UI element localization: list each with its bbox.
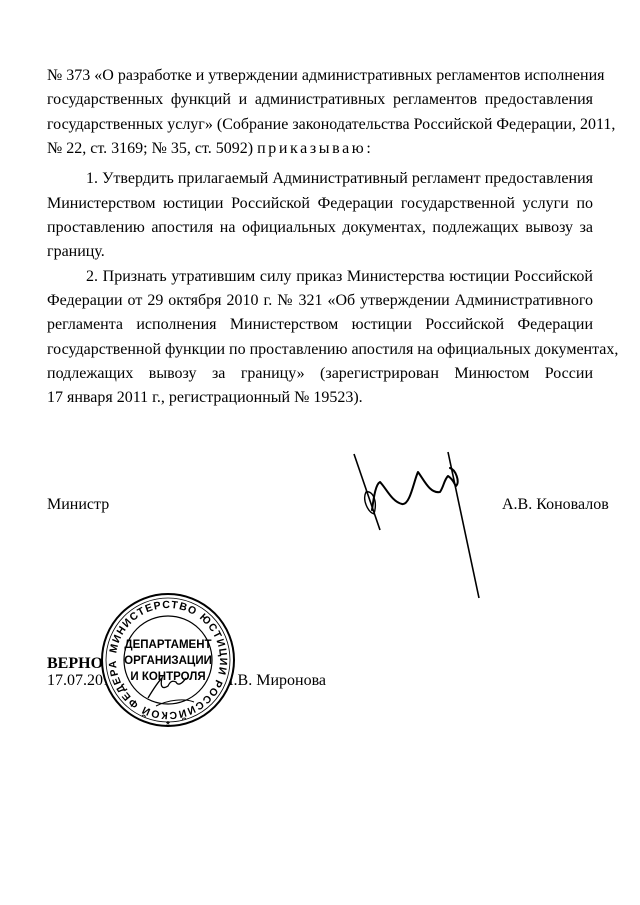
preamble-line-4: № 22, ст. 3169; № 35, ст. 5092) приказыв…: [47, 140, 593, 158]
item2-line-1: 2. Признать утратившим силу приказ Минис…: [86, 268, 593, 286]
item2-line-3: регламента исполнения Министерством юсти…: [47, 316, 593, 334]
minister-signature-icon: [340, 440, 480, 600]
item1-line-3: проставлению апостиля на официальных док…: [47, 219, 593, 237]
item2-line-5: подлежащих вывозу за границу» (зарегистр…: [47, 365, 593, 383]
preamble-line-1: № 373 «О разработке и утверждении админи…: [47, 67, 593, 85]
item1-line-4: границу.: [47, 243, 593, 261]
item1-line-1: 1. Утвердить прилагаемый Административны…: [86, 170, 593, 188]
item2-line-4: государственной функции по проставлению …: [47, 341, 593, 359]
certification-label: ВЕРНО: [47, 655, 103, 673]
official-stamp-icon: МИНИСТЕРСТВО ЮСТИЦИИ РОССИЙСКОЙ ФЕДЕРАЦИ…: [98, 590, 238, 730]
stamp-center-line-3: И КОНТРОЛЯ: [130, 671, 205, 683]
item2-line-6: 17 января 2011 г., регистрационный № 195…: [47, 389, 593, 407]
preamble-citation: № 22, ст. 3169; № 35, ст. 5092): [47, 140, 257, 157]
preamble-line-2: государственных функций и административн…: [47, 91, 593, 109]
signatory-position: Министр: [47, 496, 109, 514]
preamble-line-3: государственных услуг» (Собрание законод…: [47, 116, 593, 134]
item1-line-2: Министерством юстиции Российской Федерац…: [47, 195, 593, 213]
stamp-center-line-2: ОРГАНИЗАЦИИ: [124, 655, 212, 667]
signatory-name: А.В. Коновалов: [502, 496, 609, 514]
document-page: № 373 «О разработке и утверждении админи…: [0, 0, 640, 905]
stamp-center-line-1: ДЕПАРТАМЕНТ: [124, 639, 211, 651]
item2-line-2: Федерации от 29 октября 2010 г. № 321 «О…: [47, 292, 593, 310]
order-word: приказываю:: [257, 140, 373, 157]
stamp-star: *: [166, 720, 170, 731]
